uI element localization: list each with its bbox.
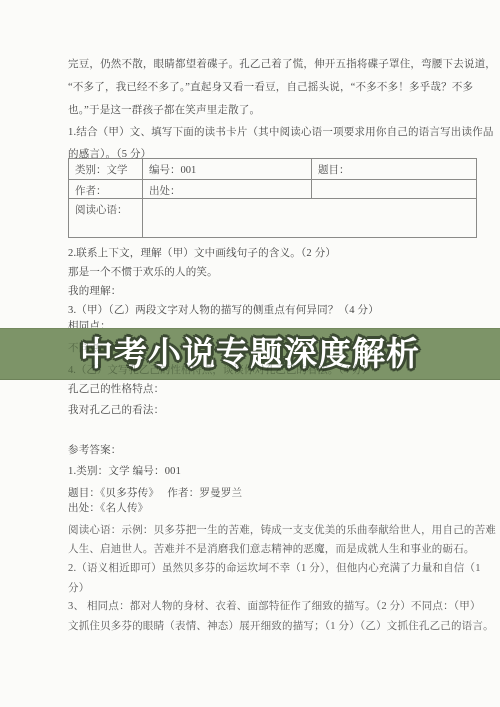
answers-heading: 参考答案：	[68, 444, 448, 457]
answer-line: 题目：《贝多芬传》 作者：罗曼罗兰	[68, 487, 448, 500]
answer-line: 文抓住贝多芬的眼睛（表情、神态）展开细致的描写；（1 分）（乙）文抓住孔乙己的语…	[68, 620, 448, 633]
answer-line: 1.类别：文学 编号：001	[68, 465, 448, 478]
answer-line: 阅读心语：示例：贝多芬把一生的苦难，铸成一支支优美的乐曲奉献给世人，用自己的苦难	[68, 524, 448, 537]
question-4-view-label: 我对孔乙己的看法：	[68, 404, 448, 417]
worksheet-page: 完豆，仍然不散，眼睛都望着碟子。孔乙己着了慌，伸开五指将碟子罩住，弯腰下去说道，…	[0, 0, 500, 707]
title-banner: 中考小说专题深度解析 不同点： 4.（乙）文写孔乙己的性格特点，谈谈你对孔乙己的…	[0, 328, 500, 380]
card-title-cell: 题目：	[312, 159, 477, 180]
answer-line: 出处：《名人传》	[68, 502, 448, 515]
card-author-cell: 作者：	[69, 180, 143, 199]
question-1-text: 1.结合（甲）文、填写下面的读书卡片（其中阅读心语一项要求用你自己的语言写出读作…	[68, 126, 448, 139]
question-4-traits-label: 孔乙己的性格特点：	[68, 383, 448, 396]
card-note-cell: 阅读心语：	[69, 199, 143, 238]
passage-line: “不多了，我已经不多了。”直起身又看一看豆，自己摇头说，“不多不多！多乎哉？不多	[68, 81, 448, 94]
answer-line: 分）	[68, 582, 448, 595]
passage-line: 完豆，仍然不散，眼睛都望着碟子。孔乙己着了慌，伸开五指将碟子罩住，弯腰下去说道，	[68, 58, 448, 71]
question-2-prompt: 我的理解：	[68, 285, 448, 298]
answer-line: 2.（语义相近即可）虽然贝多芬的命运坎坷不幸（1 分），但他内心充满了力量和自信…	[68, 562, 448, 575]
obscured-question-4: 4.（乙）文写孔乙己的性格特点，谈谈你对孔乙己的看法。（4 分）	[68, 364, 488, 377]
reading-card-table: 类别：文学 编号：001 题目： 作者： 出处： 阅读心语：	[68, 158, 477, 238]
card-empty-cell	[312, 180, 477, 199]
answer-line: 人生、启迪世人。苦难并不是消磨我们意志精神的恶魔，而是成就人生和事业的砺石。	[68, 543, 448, 556]
answer-line: 3、 相同点：都对人物的身材、衣着、面部特征作了细致的描写。（2 分）不同点：（…	[68, 600, 448, 613]
obscured-diff-label: 不同点：	[68, 342, 488, 355]
question-2-quote: 那是一个不惯于欢乐的人的笑。	[68, 266, 448, 279]
question-3-text: 3.（甲）（乙）两段文字对人物的描写的侧重点有何异同？（4 分）	[68, 304, 448, 317]
card-note-blank-cell	[143, 199, 477, 238]
passage-line: 也。”于是这一群孩子都在笑声里走散了。	[68, 104, 448, 117]
question-2-text: 2.联系上下文，理解（甲）文中画线句子的含义。（2 分）	[68, 247, 448, 260]
card-source-cell: 出处：	[143, 180, 312, 199]
card-number-cell: 编号：001	[143, 159, 312, 180]
card-category-cell: 类别：文学	[69, 159, 143, 180]
